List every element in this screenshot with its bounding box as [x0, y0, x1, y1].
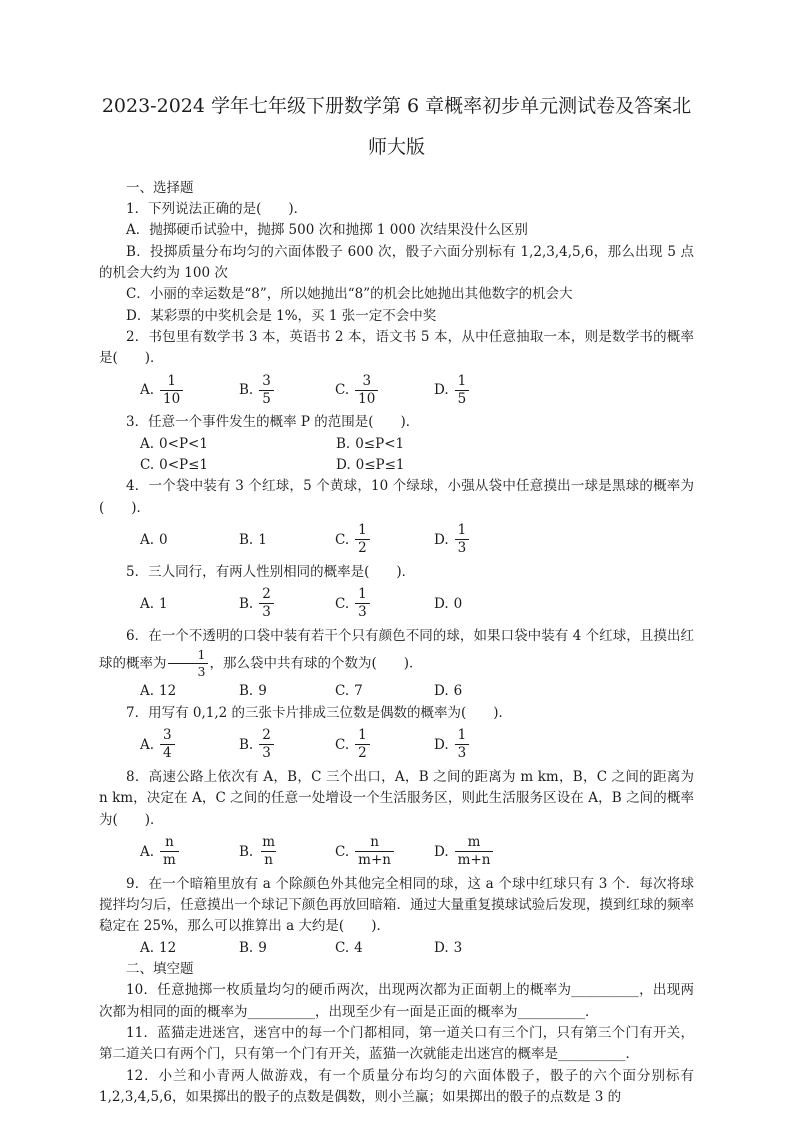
paragraph: 12．小兰和小青两人做游戏，有一个质量分布均匀的六面体骰子，骰子的六个面分别标有… [99, 1066, 694, 1109]
fraction-denominator: 3 [455, 744, 470, 762]
option-b: B.9 [239, 681, 335, 702]
option-label: B. [239, 594, 253, 615]
paragraph: 9．在一个暗箱里放有 a 个除颜色外其他完全相同的球，这 a 个球中红球只有 3… [99, 874, 694, 938]
fraction-numerator: n [367, 834, 382, 851]
option-d: D.13 [434, 727, 694, 764]
text-run: 11．蓝猫走进迷宫，迷宫中的每一个门都相同，第一道关口有三个门，只有第三个门有开… [99, 1025, 694, 1062]
option-b: B.23 [239, 727, 335, 764]
text-run: D．某彩票的中奖机会是 1%，买 1 张一定不会中奖 [126, 308, 436, 324]
option-a: A.nm [140, 834, 239, 871]
option-label: D. [434, 380, 449, 401]
text-run: 3 [454, 938, 463, 959]
fraction-numerator: 1 [168, 647, 209, 663]
option-label: B. [239, 938, 253, 959]
text-run: 9 [258, 938, 267, 959]
fraction: 13 [168, 647, 209, 679]
fraction: 110 [160, 373, 183, 408]
text-run: 12．小兰和小青两人做游戏，有一个质量分布均匀的六面体骰子，骰子的六个面分别标有… [99, 1068, 694, 1105]
fraction-denominator: 2 [355, 744, 370, 762]
fraction-denominator: 10 [160, 390, 183, 408]
fraction-denominator: 3 [355, 603, 370, 621]
text-run: 8．高速公路上依次有 A，B，C 三个出口，A，B 之间的距离为 m km，B，… [99, 769, 694, 828]
text-run: 一、选择题 [126, 180, 194, 196]
option-label: A. [140, 681, 154, 702]
fraction: 12 [355, 727, 370, 762]
option-label: D. [336, 455, 351, 476]
fraction: 34 [160, 727, 175, 762]
option-label: C. [335, 594, 349, 615]
option-label: B. [239, 681, 253, 702]
option-b: B.1 [239, 522, 335, 559]
text-run: 1．下列说法正确的是( )． [126, 201, 307, 217]
text-run: 0≤P<1 [355, 434, 404, 455]
option-b: B.9 [239, 938, 335, 959]
fraction-numerator: 2 [259, 727, 274, 744]
option-row: C.0<P≤1D.0≤P≤1 [99, 455, 694, 476]
text-run: 0 [159, 530, 168, 551]
option-c: C.0<P≤1 [140, 455, 336, 476]
fraction-numerator: 3 [259, 373, 274, 390]
option-d: D.0 [434, 586, 694, 623]
paragraph: 6．在一个不透明的口袋中装有若干个只有颜色不同的球，如果口袋中装有 4 个红球，… [99, 626, 694, 682]
paragraph: 10．任意抛掷一枚质量均匀的硬币两次，出现两次都为正面朝上的概率为_______… [99, 980, 694, 1023]
fraction-denominator: 3 [259, 603, 274, 621]
text-run: 3．任意一个事件发生的概率 P 的范围是( )． [126, 414, 419, 430]
fraction-numerator: 3 [359, 373, 374, 390]
fraction: 35 [259, 373, 274, 408]
option-row: A.34B.23C.12D.13 [99, 727, 694, 764]
text-run: 12 [159, 938, 176, 959]
fraction-denominator: n [261, 851, 276, 869]
option-d: D.13 [434, 522, 694, 559]
option-a: A.1 [140, 586, 239, 623]
fraction: nm+n [355, 834, 394, 869]
fraction-numerator: 1 [355, 522, 370, 539]
paragraph: C．小丽的幸运数是“8”，所以她抛出“8”的机会比她抛出其他数字的机会大 [99, 284, 694, 305]
paragraph: D．某彩票的中奖机会是 1%，买 1 张一定不会中奖 [99, 306, 694, 327]
fraction: 13 [455, 727, 470, 762]
fraction: 310 [355, 373, 378, 408]
option-a: A.12 [140, 938, 239, 959]
document-page: 2023-2024 学年七年级下册数学第 6 章概率初步单元测试卷及答案北师大版… [0, 0, 793, 1122]
text-run: 12 [159, 681, 176, 702]
fraction-numerator: 1 [455, 522, 470, 539]
option-row: A.1B.23C.13D.0 [99, 586, 694, 623]
option-d: D.6 [434, 681, 694, 702]
option-c: C.12 [335, 522, 434, 559]
text-run: 1 [258, 530, 267, 551]
fraction-denominator: 2 [355, 539, 370, 557]
fraction: mn [259, 834, 278, 869]
paragraph: 3．任意一个事件发生的概率 P 的范围是( )． [99, 412, 694, 433]
option-a: A.110 [140, 373, 239, 410]
option-label: B. [239, 530, 253, 551]
text-run: 9．在一个暗箱里放有 a 个除颜色外其他完全相同的球，这 a 个球中红球只有 3… [99, 876, 694, 935]
option-c: C.4 [335, 938, 434, 959]
fraction-numerator: 1 [355, 727, 370, 744]
fraction-numerator: n [162, 834, 177, 851]
fraction-denominator: 5 [455, 390, 470, 408]
text-run: 4．一个袋中装有 3 个红球，5 个黄球，10 个绿球，小强从袋中任意摸出一球是… [99, 478, 694, 515]
option-label: A. [140, 530, 154, 551]
option-row: A.0B.1C.12D.13 [99, 522, 694, 559]
text-run: 10．任意抛掷一枚质量均匀的硬币两次，出现两次都为正面朝上的概率为_______… [99, 982, 694, 1019]
fraction-denominator: m [160, 851, 179, 869]
fraction-denominator: m+n [455, 851, 494, 869]
paragraph: 4．一个袋中装有 3 个红球，5 个黄球，10 个绿球，小强从袋中任意摸出一球是… [99, 476, 694, 519]
fraction: 23 [259, 586, 274, 621]
fraction-numerator: 1 [455, 373, 470, 390]
text-run: 0≤P≤1 [356, 455, 405, 476]
option-row: A.12B.9C.4D.3 [99, 938, 694, 959]
fraction-numerator: 1 [355, 586, 370, 603]
text-run: 0<P≤1 [159, 455, 208, 476]
option-a: A.34 [140, 727, 239, 764]
option-label: A. [140, 594, 154, 615]
text-run: 1 [159, 594, 168, 615]
fraction-numerator: 2 [259, 586, 274, 603]
option-label: C. [335, 681, 349, 702]
fraction-denominator: 3 [455, 539, 470, 557]
option-c: C.13 [335, 586, 434, 623]
text-run: 6 [454, 681, 463, 702]
option-c: C.7 [335, 681, 434, 702]
doc-title: 2023-2024 学年七年级下册数学第 6 章概率初步单元测试卷及答案北师大版 [99, 86, 694, 168]
fraction: nm [160, 834, 179, 869]
fraction-numerator: 1 [455, 727, 470, 744]
option-b: B.23 [239, 586, 335, 623]
paragraph: 7．用写有 0,1,2 的三张卡片排成三位数是偶数的概率为( )． [99, 703, 694, 724]
text-run: 2023-2024 学年七年级下册数学第 6 章概率初步单元测试卷及答案北师大版 [102, 95, 691, 158]
fraction-denominator: 4 [160, 744, 175, 762]
option-row: A.nmB.mnC.nm+nD.mm+n [99, 834, 694, 871]
fraction: 13 [355, 586, 370, 621]
text-run: B．投掷质量分布均匀的六面体骰子 600 次，骰子六面分别标有 1,2,3,4,… [99, 244, 694, 281]
option-label: A. [140, 735, 154, 756]
paragraph: 1．下列说法正确的是( )． [99, 199, 694, 220]
paragraph: B．投掷质量分布均匀的六面体骰子 600 次，骰子六面分别标有 1,2,3,4,… [99, 242, 694, 285]
option-label: D. [434, 735, 449, 756]
fraction-numerator: 1 [164, 373, 179, 390]
option-row: A.12B.9C.7D.6 [99, 681, 694, 702]
section-heading: 一、选择题 [99, 178, 694, 199]
option-row: A.0<P<1B.0≤P<1 [99, 434, 694, 455]
paragraph: 2．书包里有数学书 3 本，英语书 2 本，语文书 5 本，从中任意抽取一本，则… [99, 327, 694, 370]
text-run: 0<P<1 [159, 434, 208, 455]
option-a: A.0 [140, 522, 239, 559]
text-run: ，那么袋中共有球的个数为( )． [209, 656, 422, 672]
option-label: C. [335, 380, 349, 401]
text-run: 9 [258, 681, 267, 702]
option-label: D. [434, 681, 449, 702]
fraction-numerator: m [259, 834, 278, 851]
option-label: A. [140, 434, 154, 455]
option-a: A.0<P<1 [140, 434, 336, 455]
option-row: A.110B.35C.310D.15 [99, 373, 694, 410]
option-b: B.mn [239, 834, 335, 871]
text-run: A．抛掷硬币试验中，抛掷 500 次和抛掷 1 000 次结果没什么区别 [126, 222, 528, 238]
paragraph: A．抛掷硬币试验中，抛掷 500 次和抛掷 1 000 次结果没什么区别 [99, 220, 694, 241]
option-label: B. [336, 434, 350, 455]
option-b: B.35 [239, 373, 335, 410]
fraction: mm+n [455, 834, 494, 869]
option-c: C.310 [335, 373, 434, 410]
paragraph: 11．蓝猫走进迷宫，迷宫中的每一个门都相同，第一道关口有三个门，只有第三个门有开… [99, 1023, 694, 1066]
text-run: 7 [354, 681, 363, 702]
option-label: C. [335, 938, 349, 959]
option-label: B. [239, 380, 253, 401]
fraction: 13 [455, 522, 470, 557]
fraction-denominator: 5 [259, 390, 274, 408]
fraction-denominator: m+n [355, 851, 394, 869]
text-run: 0 [454, 594, 463, 615]
option-c: C.nm+n [335, 834, 434, 871]
text-run: 7．用写有 0,1,2 的三张卡片排成三位数是偶数的概率为( )． [126, 705, 512, 721]
option-d: D.mm+n [434, 834, 694, 871]
fraction-numerator: 3 [160, 727, 175, 744]
fraction: 15 [455, 373, 470, 408]
option-label: B. [239, 735, 253, 756]
fraction: 23 [259, 727, 274, 762]
text-run: 二、填空题 [126, 961, 194, 977]
option-label: D. [434, 938, 449, 959]
paragraph: 5．三人同行，有两人性别相同的概率是( )． [99, 562, 694, 583]
option-label: C. [335, 842, 349, 863]
paragraph: 8．高速公路上依次有 A，B，C 三个出口，A，B 之间的距离为 m km，B，… [99, 767, 694, 831]
option-label: C. [335, 735, 349, 756]
option-label: D. [434, 594, 449, 615]
option-c: C.12 [335, 727, 434, 764]
option-label: A. [140, 842, 154, 863]
text-run: 4 [354, 938, 363, 959]
option-b: B.0≤P<1 [336, 434, 694, 455]
fraction: 12 [355, 522, 370, 557]
fraction-denominator: 3 [168, 663, 209, 680]
option-label: B. [239, 842, 253, 863]
option-d: D.3 [434, 938, 694, 959]
option-d: D.0≤P≤1 [336, 455, 694, 476]
text-run: 2．书包里有数学书 3 本，英语书 2 本，语文书 5 本，从中任意抽取一本，则… [99, 329, 694, 366]
option-label: C. [335, 530, 349, 551]
fraction-denominator: 10 [355, 390, 378, 408]
section-heading: 二、填空题 [99, 959, 694, 980]
fraction-numerator: m [465, 834, 484, 851]
option-a: A.12 [140, 681, 239, 702]
option-label: C. [140, 455, 154, 476]
option-label: D. [434, 530, 449, 551]
text-run: C．小丽的幸运数是“8”，所以她抛出“8”的机会比她抛出其他数字的机会大 [126, 286, 573, 302]
option-label: A. [140, 380, 154, 401]
fraction-denominator: 3 [259, 744, 274, 762]
option-label: D. [434, 842, 449, 863]
option-label: A. [140, 938, 154, 959]
option-d: D.15 [434, 373, 694, 410]
text-run: 5．三人同行，有两人性别相同的概率是( )． [126, 564, 415, 580]
